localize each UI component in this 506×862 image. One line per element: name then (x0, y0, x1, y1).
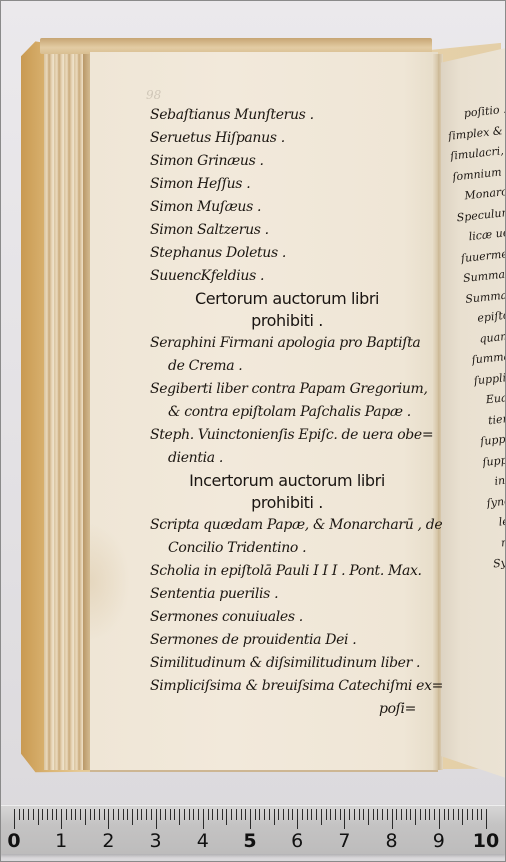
ruler-tick (311, 809, 312, 820)
ruler-tick (217, 809, 218, 820)
ruler-tick (23, 809, 24, 820)
ruler-tick (401, 809, 402, 820)
entry-text: Simon Muſæus . (150, 199, 261, 215)
entry-text: Simon Grinæus . (150, 153, 264, 169)
entry-text: Simpliciſsima & breuiſsima Catechiſmi ex… (150, 678, 443, 694)
entry-continuation: & contra epiſtolam Paſchalis Papæ . (150, 401, 430, 424)
entry-text: Scholia in epiſtolā Pauli I I I . Pont. … (150, 563, 422, 579)
ruler-tick (363, 809, 364, 820)
entry-text: Simon Saltzerus . (150, 222, 269, 238)
left-page-text: Sebaſtianus Munſterus .Seruetus Hiſpanus… (150, 104, 430, 721)
ruler-tick (108, 809, 109, 829)
ruler-tick (283, 809, 284, 820)
list-entry: Simon Grinæus . (150, 150, 430, 173)
entry-catchword: poſi= (150, 698, 430, 721)
entry-text: Scripta quædam Papæ, & Monarcharū , de (150, 517, 442, 533)
ruler-tick (292, 809, 293, 820)
ruler-tick (326, 809, 327, 820)
entry-text: Sebaſtianus Munſterus . (150, 107, 314, 123)
heading-line: Certorum auctorum libri (144, 288, 430, 310)
ruler-tick (212, 809, 213, 820)
ruler-label: 4 (197, 830, 209, 852)
ruler-tick (410, 809, 411, 820)
entry-text: Sententia puerilis . (150, 586, 278, 602)
ruler-tick (80, 809, 81, 820)
ruler-tick (193, 809, 194, 820)
ruler-tick (439, 809, 440, 829)
ruler-tick (368, 809, 369, 825)
heading-line: prohibiti . (144, 492, 430, 514)
ruler-tick (255, 809, 256, 820)
ruler-tick (382, 809, 383, 820)
ruler-tick (90, 809, 91, 820)
ruler-tick (85, 809, 86, 825)
heading-line: Incertorum auctorum libri (144, 470, 430, 492)
ruler-tick (377, 809, 378, 820)
ruler-tick (264, 809, 265, 820)
entry-text: Segiberti liber contra Papam Gregorium, (150, 381, 428, 397)
ruler-tick (236, 809, 237, 820)
ruler-label: 10 (473, 830, 499, 852)
ruler-tick (429, 809, 430, 820)
author-list: Sebaſtianus Munſterus .Seruetus Hiſpanus… (150, 104, 430, 288)
ruler-tick (165, 809, 166, 820)
ruler-tick (151, 809, 152, 820)
ruler-tick (66, 809, 67, 820)
heading-certain-authors: Certorum auctorum libri prohibiti . (144, 288, 430, 332)
ruler-tick (179, 809, 180, 825)
ruler-tick (340, 809, 341, 820)
ruler-tick (146, 809, 147, 820)
ruler-tick (425, 809, 426, 820)
ruler-tick (132, 809, 133, 825)
foxing-stain (90, 522, 130, 642)
list-entry: Scholia in epiſtolā Pauli I I I . Pont. … (150, 560, 430, 583)
ruler-tick (278, 809, 279, 820)
ruler-tick (373, 809, 374, 820)
list-entry: SuuencKfeldius . (150, 265, 430, 288)
ruler-tick (392, 809, 393, 829)
ruler-tick (274, 809, 275, 825)
page-number: 98 (146, 88, 161, 102)
ruler-tick (462, 809, 463, 825)
ruler-tick (222, 809, 223, 820)
ruler-tick (349, 809, 350, 820)
ruler-tick (137, 809, 138, 820)
list-entry: Similitudinum & diſsimilitudinum liber . (150, 652, 430, 675)
list-entry: Seruetus Hiſpanus . (150, 127, 430, 150)
ruler-tick (415, 809, 416, 825)
list-entry: Simon Heſſus . (150, 173, 430, 196)
entry-text: Simon Heſſus . (150, 176, 250, 192)
ruler-tick (33, 809, 34, 820)
ruler-tick (288, 809, 289, 820)
list-entry: Sermones conuiuales . (150, 606, 430, 629)
ruler-tick (28, 809, 29, 820)
ruler-tick (297, 809, 298, 829)
ruler-tick (231, 809, 232, 820)
ruler-tick (208, 809, 209, 820)
entry-text: Steph. Vuinctonienſis Epiſc. de uera obe… (150, 427, 433, 443)
ruler-tick (123, 809, 124, 820)
list-entry: Sententia puerilis . (150, 583, 430, 606)
ruler-tick (420, 809, 421, 820)
entry-continuation: Concilio Tridentino . (150, 537, 430, 560)
ruler-tick (104, 809, 105, 820)
right-page-text-clip: poſitio .ſimplex & ſuccſimulacri, hiſtoſ… (441, 90, 506, 610)
ruler-tick (387, 809, 388, 820)
entry-text: Sermones de prouidentia Dei . (150, 632, 356, 648)
ruler-tick (75, 809, 76, 820)
ruler-tick (156, 809, 157, 829)
ruler-tick (184, 809, 185, 820)
ruler-tick (127, 809, 128, 820)
ruler-label: 5 (243, 830, 256, 852)
certain-authors-list: Seraphini Firmani apologia pro Baptiſtad… (150, 332, 430, 470)
ruler-tick (174, 809, 175, 820)
uncertain-authors-list: Scripta quædam Papæ, & Monarcharū , deCo… (150, 514, 430, 721)
ruler-tick (486, 809, 487, 829)
ruler-tick (250, 809, 251, 829)
ruler-label: 1 (55, 830, 67, 852)
entry-text: Seruetus Hiſpanus . (150, 130, 285, 146)
ruler-tick (472, 809, 473, 820)
ruler-tick (245, 809, 246, 820)
ruler-tick (307, 809, 308, 820)
ruler-tick (302, 809, 303, 820)
ruler-tick (61, 809, 62, 829)
ruler-tick (359, 809, 360, 820)
ruler-tick (118, 809, 119, 820)
ruler-label: 7 (338, 830, 350, 852)
ruler-tick (38, 809, 39, 825)
ruler-tick (458, 809, 459, 820)
ruler-tick (203, 809, 204, 829)
ruler-label: 8 (386, 830, 398, 852)
ruler-tick (335, 809, 336, 820)
measurement-ruler: 012345678910 (0, 805, 506, 854)
ruler-label: 9 (433, 830, 445, 852)
entry-text: Stephanus Doletus . (150, 245, 286, 261)
list-entry: Simon Muſæus . (150, 196, 430, 219)
ruler-tick (56, 809, 57, 820)
ruler-tick (71, 809, 72, 820)
ruler-tick (354, 809, 355, 820)
ruler-tick (434, 809, 435, 820)
ruler-tick (467, 809, 468, 820)
ruler-tick (189, 809, 190, 820)
list-entry: Sermones de prouidentia Dei . (150, 629, 430, 652)
entry-text: SuuencKfeldius . (150, 268, 264, 284)
ruler-tick (170, 809, 171, 820)
ruler-tick (396, 809, 397, 820)
entry-continuation: de Crema . (150, 355, 430, 378)
ruler-tick (113, 809, 114, 820)
list-entry: Segiberti liber contra Papam Gregorium,&… (150, 378, 430, 424)
list-entry: Simpliciſsima & breuiſsima Catechiſmi ex… (150, 675, 430, 721)
right-page-text: poſitio .ſimplex & ſuccſimulacri, hiſtoſ… (445, 99, 506, 575)
list-entry: Sebaſtianus Munſterus . (150, 104, 430, 127)
ruler-tick (198, 809, 199, 820)
ruler-tick (344, 809, 345, 829)
ruler-tick (141, 809, 142, 820)
entry-text: Seraphini Firmani apologia pro Baptiſta (150, 335, 420, 351)
ruler-tick (330, 809, 331, 820)
list-entry: Steph. Vuinctonienſis Epiſc. de uera obe… (150, 424, 430, 470)
heading-uncertain-authors: Incertorum auctorum libri prohibiti . (144, 470, 430, 514)
list-entry: Stephanus Doletus . (150, 242, 430, 265)
ruler-tick (269, 809, 270, 820)
ruler-tick (14, 809, 15, 829)
ruler-tick (52, 809, 53, 820)
ruler-tick (94, 809, 95, 820)
entry-continuation: dientia . (150, 447, 430, 470)
ruler-tick (259, 809, 260, 820)
heading-line: prohibiti . (144, 310, 430, 332)
ruler-tick (321, 809, 322, 825)
ruler-tick (42, 809, 43, 820)
ruler-tick (448, 809, 449, 820)
ruler-label: 0 (7, 830, 20, 852)
list-entry: Simon Saltzerus . (150, 219, 430, 242)
ruler-tick (99, 809, 100, 820)
ruler-tick (453, 809, 454, 820)
ruler-tick (477, 809, 478, 820)
ruler-tick (316, 809, 317, 820)
ruler-tick (47, 809, 48, 820)
ruler-tick (19, 809, 20, 820)
list-entry: Scripta quædam Papæ, & Monarcharū , deCo… (150, 514, 430, 560)
ruler-label: 2 (102, 830, 114, 852)
ruler-tick (160, 809, 161, 820)
ruler-tick (241, 809, 242, 820)
entry-text: Sermones conuiuales . (150, 609, 303, 625)
ruler-label: 6 (291, 830, 303, 852)
list-entry: Seraphini Firmani apologia pro Baptiſtad… (150, 332, 430, 378)
ruler-tick (444, 809, 445, 820)
ruler-tick (226, 809, 227, 825)
ruler-tick (481, 809, 482, 820)
ruler-tick (406, 809, 407, 820)
entry-text: Similitudinum & diſsimilitudinum liber . (150, 655, 420, 671)
ruler-label: 3 (150, 830, 162, 852)
